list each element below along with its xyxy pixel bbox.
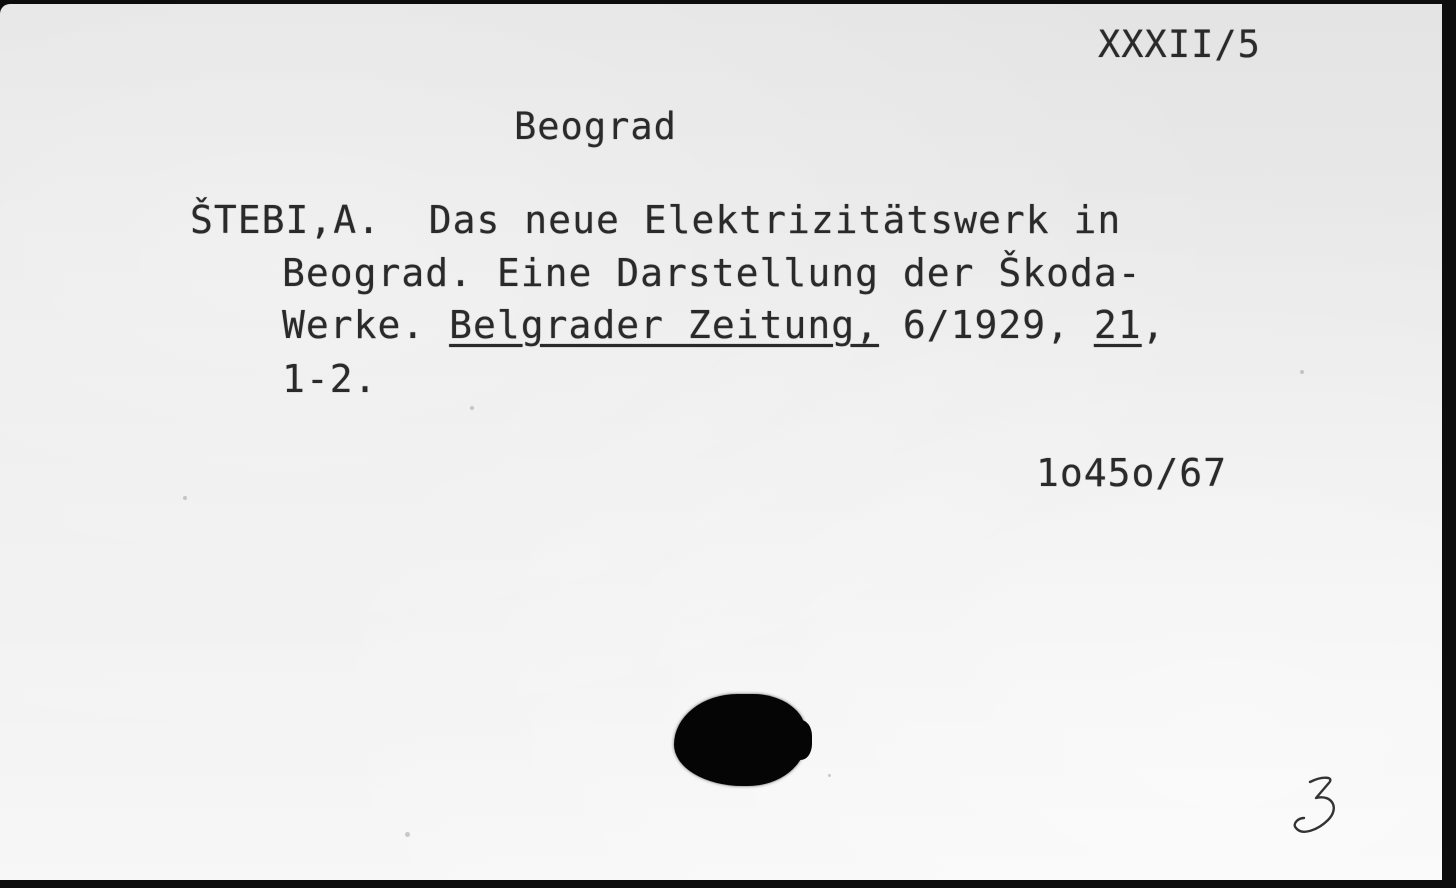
title-text: Das neue Elektrizitätswerk in (429, 198, 1121, 242)
paper-speck (1300, 370, 1304, 374)
paper-speck (470, 406, 474, 410)
paper-speck (828, 774, 831, 777)
paper-speck (405, 832, 410, 837)
call-number: XXXII/5 (1098, 26, 1261, 63)
author-name: ŠTEBI,A. (190, 198, 381, 242)
entry-line-author-title: ŠTEBI,A. Das neue Elektrizitätswerk in (190, 201, 1121, 239)
scanned-catalog-card: XXXII/5 Beograd ŠTEBI,A. Das neue Elektr… (0, 0, 1456, 888)
paper-speck (183, 496, 187, 500)
page-range: 1-2. (282, 360, 378, 398)
entry-line-source: Werke. Belgrader Zeitung, 6/1929, 21, (282, 306, 1166, 344)
accession-number: 1o45o/67 (1036, 454, 1227, 492)
handwritten-mark-3 (1288, 774, 1348, 844)
catalog-card: XXXII/5 Beograd ŠTEBI,A. Das neue Elektr… (0, 4, 1442, 880)
punctuation: , (1142, 303, 1166, 347)
subject-heading: Beograd (514, 108, 677, 145)
title-end: Werke. (282, 303, 449, 347)
issue-date: 6/1929, (879, 303, 1094, 347)
periodical-title: Belgrader Zeitung, (449, 303, 879, 347)
entry-line-title-continued: Beograd. Eine Darstellung der Škoda- (282, 254, 1142, 292)
punch-hole (674, 694, 806, 786)
volume-number: 21 (1094, 303, 1142, 347)
